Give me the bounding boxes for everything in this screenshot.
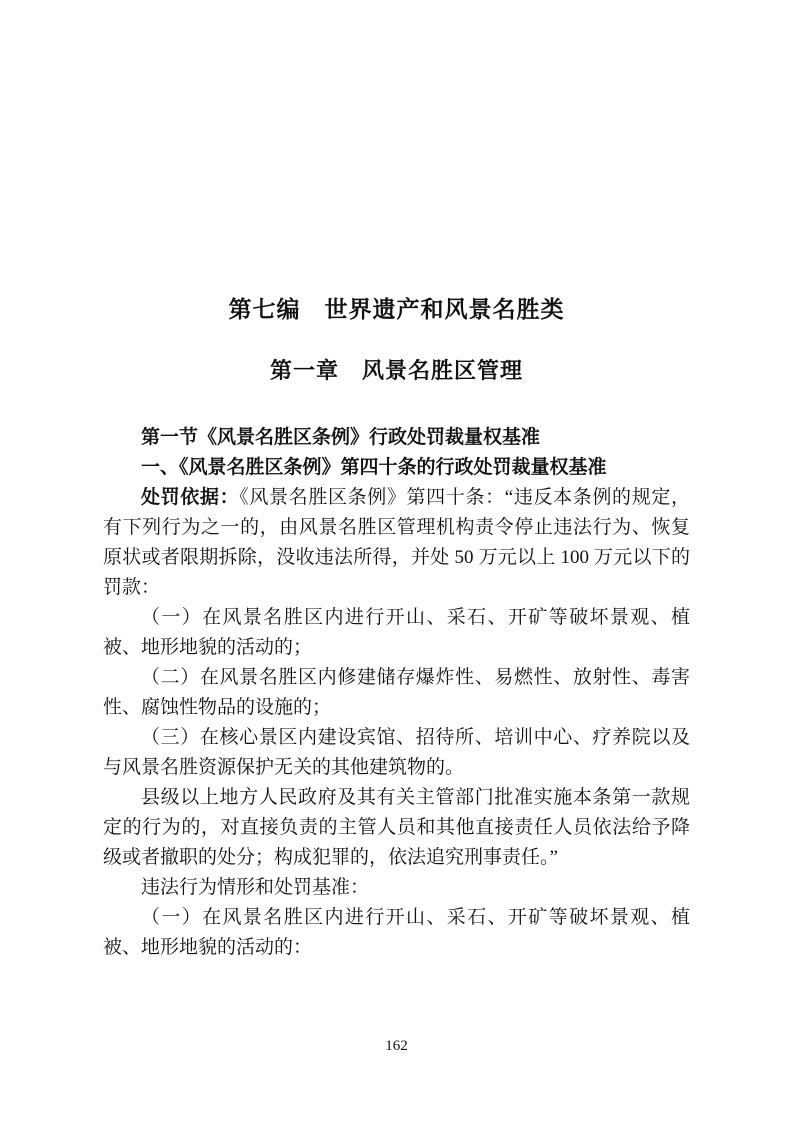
- document-page: 第七编 世界遗产和风景名胜类 第一章 风景名胜区管理 第一节《风景名胜区条例》行…: [0, 0, 793, 1122]
- edition-title: 第七编 世界遗产和风景名胜类: [103, 295, 690, 323]
- paragraph-government-liability: 县级以上地方人民政府及其有关主管部门批准实施本条第一款规定的行为的，对直接负责的…: [103, 783, 690, 873]
- paragraph-penalty-basis: 处罚依据：《风景名胜区条例》第四十条：“违反本条例的规定，有下列行为之一的，由风…: [103, 483, 690, 603]
- paragraph-penalty-standards-label: 违法行为情形和处罚基准：: [103, 873, 690, 903]
- paragraph-clause-3: （三）在核心景区内建设宾馆、招待所、培训中心、疗养院以及与风景名胜资源保护无关的…: [103, 723, 690, 783]
- section-heading: 第一节《风景名胜区条例》行政处罚裁量权基准: [103, 423, 690, 453]
- paragraph-violation-case-1: （一）在风景名胜区内进行开山、采石、开矿等破坏景观、植被、地形地貌的活动的：: [103, 903, 690, 963]
- paragraph-clause-1: （一）在风景名胜区内进行开山、采石、开矿等破坏景观、植被、地形地貌的活动的；: [103, 603, 690, 663]
- chapter-title: 第一章 风景名胜区管理: [103, 358, 690, 384]
- page-number: 162: [0, 1036, 793, 1056]
- document-content: 第七编 世界遗产和风景名胜类 第一章 风景名胜区管理 第一节《风景名胜区条例》行…: [103, 295, 690, 963]
- paragraph-clause-2: （二）在风景名胜区内修建储存爆炸性、易燃性、放射性、毒害性、腐蚀性物品的设施的；: [103, 663, 690, 723]
- item-heading: 一、《风景名胜区条例》第四十条的行政处罚裁量权基准: [103, 453, 690, 483]
- paragraph-penalty-basis-lead: 处罚依据：: [141, 487, 239, 508]
